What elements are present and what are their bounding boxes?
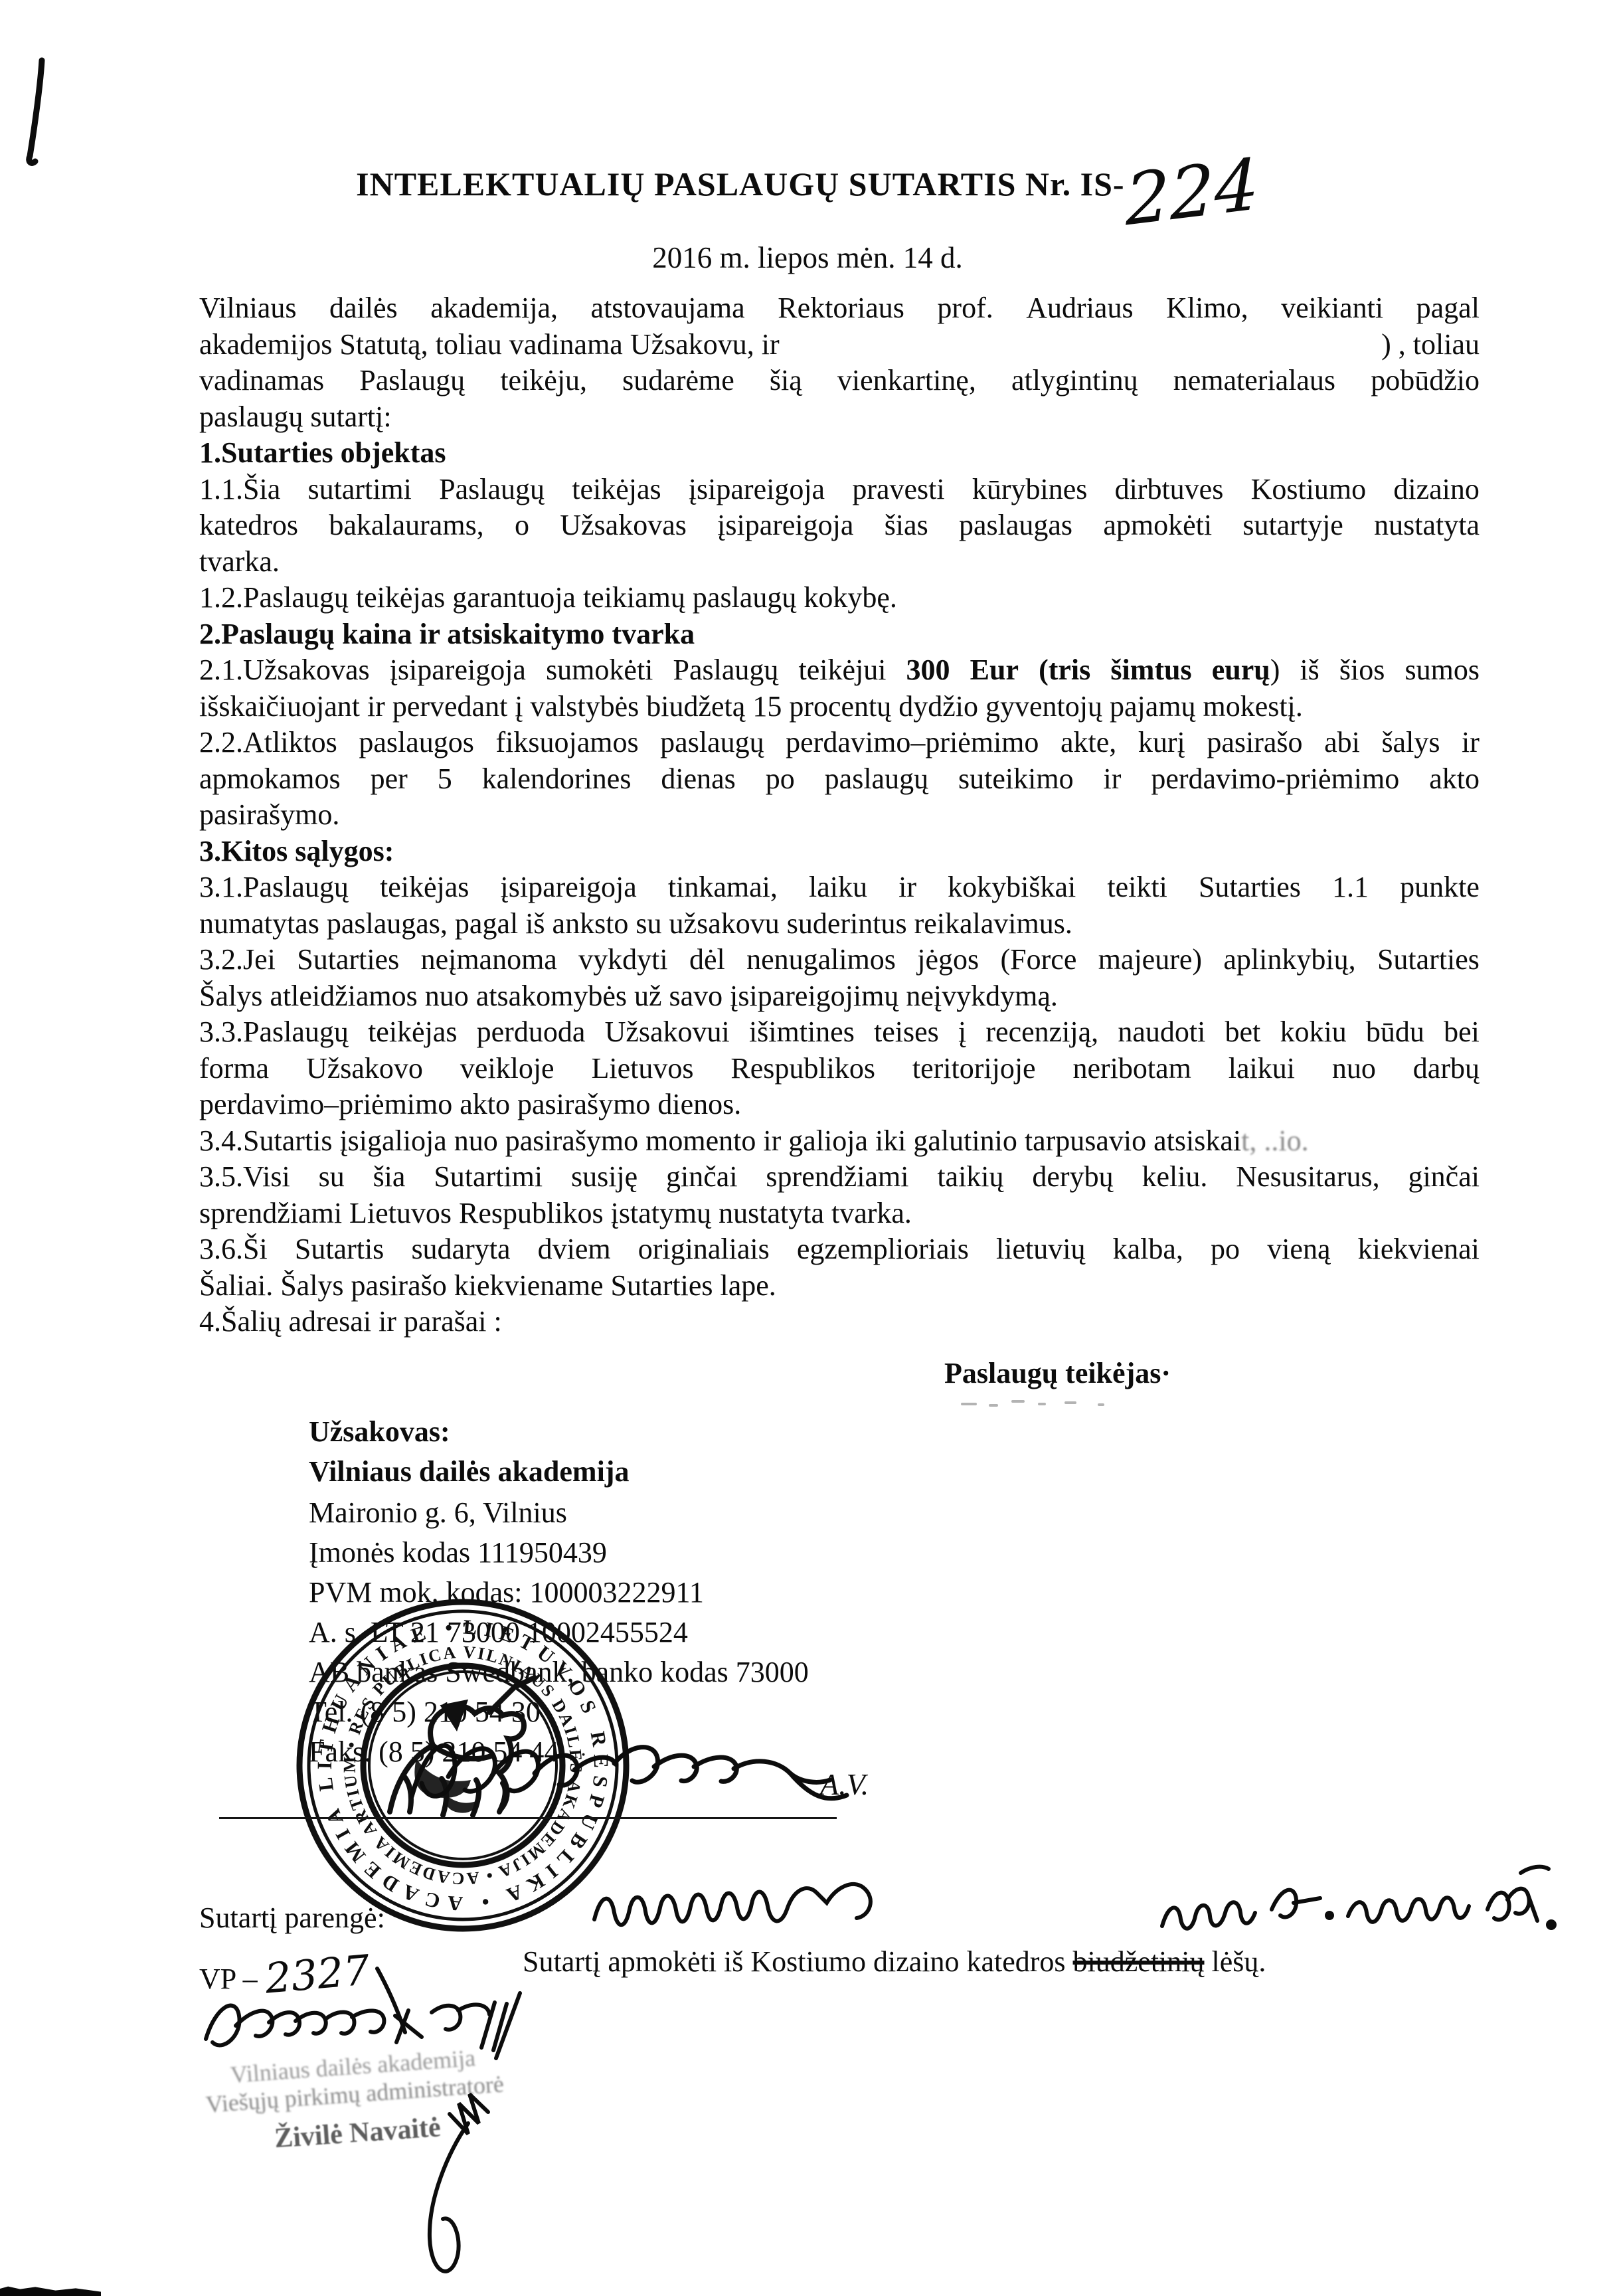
text-token: iš (1300, 652, 1319, 689)
text-token: egzemplioriais (797, 1231, 969, 1268)
secondary-signature-squiggle (584, 1846, 916, 1933)
text-token: kūrybines (972, 472, 1088, 508)
text-run: kurį (1138, 726, 1185, 758)
text-line: apmokamosper5kalendorinesdienaspopaslaug… (199, 761, 1480, 798)
text-run: ) (1270, 654, 1280, 686)
text-token: po (1211, 1231, 1240, 1268)
text-run: šios (1339, 654, 1385, 686)
text-token: nematerialaus (1173, 363, 1335, 399)
text-run: teikti (1107, 871, 1167, 903)
text-run: bakalaurams, (329, 509, 483, 541)
text-run: kūrybines (972, 473, 1088, 505)
text-run: egzemplioriais (797, 1233, 969, 1265)
text-run: aplinkybių, (1223, 943, 1355, 976)
text-token: fiksuojamos (495, 725, 638, 761)
text-token: dienas (661, 761, 735, 798)
text-token: pasirašo (1207, 725, 1302, 761)
text-line: katedrosbakalaurams,oUžsakovasįsipareigo… (199, 507, 1480, 544)
text-line: Šaliai. Šalys pasirašo kiekviename Sutar… (199, 1268, 1480, 1304)
text-token: 2.1.Užsakovas (199, 652, 370, 689)
text-run: šią (770, 364, 802, 397)
text-run: kalendorines (482, 762, 632, 795)
text-run: kiekvienai (1358, 1233, 1480, 1265)
text-token: Paslaugų (439, 472, 545, 508)
text-token: sprendžiami (766, 1159, 908, 1195)
client-label: Užsakovas: (309, 1415, 450, 1449)
text-run: teritorijoje (912, 1052, 1036, 1085)
text-run: akademijos Statutą, toliau vadinama Užsa… (199, 327, 780, 363)
text-run: abi (1324, 726, 1360, 758)
text-run: vieną (1267, 1233, 1330, 1265)
text-run: taikių (937, 1160, 1003, 1193)
text-line: akademijos Statutą, toliau vadinama Užsa… (199, 327, 1480, 363)
text-run: ginčai (1408, 1160, 1480, 1193)
text-token: bei (1444, 1014, 1480, 1051)
text-token: Paslaugų (359, 363, 465, 399)
text-line: 2.1.UžsakovasįsipareigojasumokėtiPaslaug… (199, 652, 1480, 689)
text-token: 3.3.Paslaugų (199, 1014, 349, 1051)
text-run: paslaugas (959, 509, 1072, 541)
text-run: kalba, (1113, 1233, 1183, 1265)
text-token: įsipareigoja (717, 507, 853, 544)
rector-signature (392, 1697, 857, 1830)
scanned-contract-page: INTELEKTUALIŲ PASLAUGŲ SUTARTIS Nr. IS-2… (0, 0, 1615, 2296)
text-token: šias (885, 507, 928, 544)
text-run: Eur (970, 654, 1019, 686)
text-token: susiję (571, 1159, 637, 1195)
text-token: dėl (689, 942, 725, 978)
text-token: 3.2.Jei (199, 942, 276, 978)
text-run: laiku (809, 871, 867, 903)
text-run: teikėju, (500, 364, 587, 397)
text-run: teikėjas (380, 871, 469, 903)
text-token: apmokamos (199, 761, 341, 798)
text-token: įsipareigoja (501, 869, 637, 906)
text-token: vienkartinę, (837, 363, 976, 399)
text-token: teikėjas (368, 1014, 457, 1051)
text-run: apmokėti (1103, 509, 1212, 541)
text-run: pasirašo (1207, 726, 1302, 758)
text-run: ir (1104, 762, 1122, 795)
client-detail-line: Maironio g. 6, Vilnius (309, 1493, 809, 1533)
redacted-gap (780, 327, 1381, 363)
text-token: įsipareigoja (390, 652, 526, 689)
text-token: Rektoriaus (778, 290, 904, 327)
text-token: ir (1104, 761, 1122, 798)
text-run: nenugalimos (746, 943, 896, 976)
text-token: ginčai (1408, 1159, 1480, 1195)
text-token: nenugalimos (746, 942, 896, 978)
text-token: jėgos (917, 942, 979, 978)
text-run: akto (1429, 762, 1480, 795)
text-token: laiku (809, 869, 867, 906)
text-token: teikėju, (500, 363, 587, 399)
text-run: perdavimo–priėmimo (786, 726, 1039, 758)
text-token: lietuvių (996, 1231, 1085, 1268)
text-token: majeure) (1098, 942, 1202, 978)
text-run: 2.2.Atliktos (199, 726, 337, 758)
text-run: nuo (1332, 1052, 1376, 1085)
client-name: Vilniaus dailės akademija (309, 1455, 629, 1488)
text-run: pobūdžio (1371, 364, 1480, 397)
text-line: 1.1.ŠiasutartimiPaslaugųteikėjasįsiparei… (199, 472, 1480, 508)
text-token: Užsakovui (605, 1014, 730, 1051)
text-token: abi (1324, 725, 1360, 761)
text-line: paslaugų sutartį: (199, 399, 1480, 436)
text-run: 3.2.Jei (199, 943, 276, 976)
text-run: būdu (1366, 1016, 1424, 1048)
text-run: prof. (937, 292, 993, 324)
text-token: būdu (1366, 1014, 1424, 1051)
text-token: dizaino (1393, 472, 1480, 508)
text-run: dailės (329, 292, 398, 324)
text-token: suteikimo (958, 761, 1074, 798)
text-run: bei (1444, 1016, 1480, 1048)
text-run: pagal (1416, 292, 1480, 324)
text-token: 2.2.Atliktos (199, 725, 337, 761)
text-run: dienas (661, 762, 735, 795)
text-run: 3.Kitos sąlygos: (199, 835, 394, 867)
text-run: Paslaugų (359, 364, 465, 397)
text-run: šias (885, 509, 928, 541)
text-run: pravesti (852, 473, 944, 505)
text-run: t, ..io. (1241, 1124, 1308, 1157)
text-run: forma (199, 1052, 269, 1085)
text-run: veikianti (1281, 292, 1383, 324)
text-run: laikui (1229, 1052, 1295, 1085)
section-heading: 1.Sutarties objektas (199, 435, 1480, 472)
text-token: 300 (906, 652, 950, 689)
text-run: ir (1462, 726, 1480, 758)
text-run: per (371, 762, 408, 795)
text-run: dirbtuves (1115, 473, 1224, 505)
seal-place-mark: A.V. (820, 1767, 869, 1802)
text-run: 1.1 (1332, 871, 1369, 903)
text-run: 5 (438, 762, 452, 795)
text-token: bet (1225, 1014, 1261, 1051)
text-token: šalys (1381, 725, 1440, 761)
text-run: ) , toliau (1381, 327, 1480, 363)
text-token: sudaryta (411, 1231, 510, 1268)
text-line: 3.2.JeiSutartiesneįmanomavykdytidėlnenug… (199, 942, 1480, 978)
text-line: 3.5.VisisušiaSutartimisusijęginčaisprend… (199, 1159, 1480, 1195)
text-run: išskaičiuojant ir pervedant į valstybės … (199, 690, 1303, 723)
text-line: Šalys atleidžiamos nuo atsakomybės už sa… (199, 978, 1480, 1015)
text-line: tvarka. (199, 544, 1480, 580)
text-token: perduoda (477, 1014, 586, 1051)
text-line: išskaičiuojant ir pervedant į valstybės … (199, 689, 1480, 725)
text-token: 3.6.Ši (199, 1231, 268, 1268)
text-run: bet (1225, 1016, 1261, 1048)
text-token: šios (1339, 652, 1385, 689)
text-run: šia (373, 1160, 406, 1193)
text-token: ir (898, 869, 916, 906)
text-token: teritorijoje (912, 1051, 1036, 1087)
text-run: įsipareigoja (689, 473, 825, 505)
text-run: įsipareigoja (501, 871, 637, 903)
text-token: kokiu (1280, 1014, 1346, 1051)
text-run: dizaino (1393, 473, 1480, 505)
text-token: Klimo, (1166, 290, 1248, 327)
text-run: (tris (1039, 654, 1090, 686)
text-token: teises (874, 1014, 939, 1051)
text-token: šia (373, 1159, 406, 1195)
text-token: darbų (1413, 1051, 1480, 1087)
handwritten-funding-note (1149, 1846, 1561, 1959)
text-run: darbų (1413, 1052, 1480, 1085)
text-token: Lietuvos (591, 1051, 693, 1087)
text-token: aplinkybių, (1223, 942, 1355, 978)
text-token: ir (1462, 725, 1480, 761)
text-run: iš (1300, 654, 1319, 686)
text-token: neįmanoma (421, 942, 557, 978)
text-token: Audriaus (1026, 290, 1133, 327)
text-run: įsipareigoja (390, 654, 526, 686)
text-run: derybų (1032, 1160, 1113, 1193)
text-run: teises (874, 1016, 939, 1048)
text-line: 3.4.Sutartis įsigalioja nuo pasirašymo m… (199, 1123, 1480, 1160)
text-token: vadinamas (199, 363, 324, 399)
text-run: šimtus (1110, 654, 1191, 686)
text-token: į (958, 1014, 966, 1051)
text-token: akademija, (430, 290, 558, 327)
text-run: akademija, (430, 292, 558, 324)
text-token: Vilniaus (199, 290, 296, 327)
text-run: o (515, 509, 529, 541)
text-run: perdavimo-priėmimo (1151, 762, 1399, 795)
text-token: 1.1.Šia (199, 472, 280, 508)
text-token: recenziją, (985, 1014, 1098, 1051)
text-token: paslaugas (959, 507, 1072, 544)
text-run: atlygintinų (1011, 364, 1138, 397)
text-run: 1.2.Paslaugų teikėjas garantuoja teikiam… (199, 581, 897, 614)
text-token: Užsakovas (560, 507, 687, 544)
text-run: 3.5.Visi (199, 1160, 290, 1193)
signature-line (219, 1817, 837, 1819)
text-run: Sutartimi (434, 1160, 543, 1193)
text-token: Sutartimi (434, 1159, 543, 1195)
text-token: katedros (199, 507, 298, 544)
text-line: 3.1.Paslaugųteikėjasįsipareigojatinkamai… (199, 869, 1480, 906)
text-token: punkte (1400, 869, 1480, 906)
text-line: perdavimo–priėmimo akto pasirašymo dieno… (199, 1087, 1480, 1123)
text-line: numatytas paslaugas, pagal iš anksto su … (199, 906, 1480, 942)
text-token: kalba, (1113, 1231, 1183, 1268)
text-run: paslaugų (825, 762, 928, 795)
text-token: vykdyti (578, 942, 667, 978)
text-run: vykdyti (578, 943, 667, 976)
text-token: kiekvienai (1358, 1231, 1480, 1268)
text-run: punkte (1400, 871, 1480, 903)
text-line: formaUžsakovoveiklojeLietuvosRespublikos… (199, 1051, 1480, 1087)
text-run: kokybiškai (948, 871, 1076, 903)
text-run: Klimo, (1166, 292, 1248, 324)
text-token: naudoti (1118, 1014, 1205, 1051)
text-run: akte, (1061, 726, 1116, 758)
text-run: išimtines (749, 1016, 855, 1048)
text-run: į (958, 1016, 966, 1048)
text-token: kurį (1138, 725, 1185, 761)
text-token: per (371, 761, 408, 798)
text-run: sutartimi (307, 473, 411, 505)
text-token: neribotam (1072, 1051, 1191, 1087)
text-token: teikėjui (798, 652, 886, 689)
text-token: teikti (1107, 869, 1167, 906)
text-token: derybų (1032, 1159, 1113, 1195)
text-run: perduoda (477, 1016, 586, 1048)
text-token: Sutarties (1199, 869, 1301, 906)
erased-text-marks (960, 1395, 1159, 1412)
text-token: Paslaugų (673, 652, 778, 689)
text-run: originaliais (638, 1233, 770, 1265)
text-token: kokybiškai (948, 869, 1076, 906)
text-token: ginčai (666, 1159, 738, 1195)
text-token: (Force (1001, 942, 1077, 978)
text-run: Sutarties (1199, 871, 1301, 903)
text-run: 3.6.Ši (199, 1233, 268, 1265)
text-run: Audriaus (1026, 292, 1133, 324)
text-run: Paslaugų (439, 473, 545, 505)
text-run: teikėjui (798, 654, 886, 686)
text-token: kalendorines (482, 761, 632, 798)
text-token: teikėjas (380, 869, 469, 906)
text-run: keliu. (1142, 1160, 1207, 1193)
text-run: ir (898, 871, 916, 903)
text-token: Sutarties (1377, 942, 1480, 978)
text-run: sprendžiami (766, 1160, 908, 1193)
text-token: o (515, 507, 529, 544)
text-run: teikėjas (572, 473, 661, 505)
section-heading: 3.Kitos sąlygos: (199, 834, 1480, 870)
text-run: paslaugos (359, 726, 474, 758)
text-line: 2.2.Atliktospaslaugosfiksuojamospaslaugų… (199, 725, 1480, 761)
text-token: nuo (1332, 1051, 1376, 1087)
text-run: Paslaugų (673, 654, 778, 686)
text-run: jėgos (917, 943, 979, 976)
text-token: dirbtuves (1115, 472, 1224, 508)
text-run: Kostiumo (1251, 473, 1367, 505)
text-run: Užsakovo (306, 1052, 423, 1085)
text-line: pasirašymo. (199, 797, 1480, 834)
text-token: pobūdžio (1371, 363, 1480, 399)
text-run: įsipareigoja (717, 509, 853, 541)
client-detail-line: Įmonės kodas 111950439 (309, 1533, 809, 1573)
text-token: sumokėti (546, 652, 653, 689)
text-token: originaliais (638, 1231, 770, 1268)
text-token: eurų) (1212, 652, 1280, 689)
text-run: vadinamas (199, 364, 324, 397)
text-run: teikėjas (368, 1016, 457, 1048)
text-token: taikių (937, 1159, 1003, 1195)
provider-label: Paslaugų teikėjas· (944, 1356, 1171, 1390)
text-run: paslaugų (660, 726, 764, 758)
text-token: šimtus (1110, 652, 1191, 689)
text-run: 3.4.Sutartis įsigalioja nuo pasirašymo m… (199, 1124, 1241, 1157)
text-token: išimtines (749, 1014, 855, 1051)
text-run: Lietuvos (591, 1052, 693, 1085)
text-token: perdavimo-priėmimo (1151, 761, 1399, 798)
text-run: 1.1.Šia (199, 473, 280, 505)
text-token: paslaugų (825, 761, 928, 798)
text-token: vieną (1267, 1231, 1330, 1268)
text-token: sutartyje (1242, 507, 1343, 544)
text-token: bakalaurams, (329, 507, 483, 544)
text-token: veikianti (1281, 290, 1383, 327)
text-run: recenziją, (985, 1016, 1098, 1048)
handwritten-contract-number: 224 (1125, 156, 1259, 229)
text-token: Užsakovo (306, 1051, 423, 1087)
text-run: neįmanoma (421, 943, 557, 976)
text-run: dėl (689, 943, 725, 976)
text-run: fiksuojamos (495, 726, 638, 758)
text-token: Kostiumo (1251, 472, 1367, 508)
text-token: tinkamai, (668, 869, 778, 906)
text-token: apmokėti (1103, 507, 1212, 544)
admin-signature-loop (388, 2082, 521, 2288)
text-line: sprendžiami Lietuvos Respublikos įstatym… (199, 1195, 1480, 1232)
text-run: po (1211, 1233, 1240, 1265)
text-run: veikloje (460, 1052, 554, 1085)
text-token: veikloje (460, 1051, 554, 1087)
text-line: 1.2.Paslaugų teikėjas garantuoja teikiam… (199, 580, 1480, 616)
text-token: atstovaujama (591, 290, 745, 327)
text-token: teikėjas (572, 472, 661, 508)
text-token: dailės (329, 290, 398, 327)
text-token: prof. (937, 290, 993, 327)
text-run: Sutartis (295, 1233, 384, 1265)
text-run: neribotam (1072, 1052, 1191, 1085)
text-run: Sutarties (1377, 943, 1480, 976)
text-run: vienkartinę, (837, 364, 976, 397)
text-run: nustatyta (1374, 509, 1480, 541)
text-run: (Force (1001, 943, 1077, 976)
text-run: majeure) (1098, 943, 1202, 976)
text-run: ginčai (666, 1160, 738, 1193)
text-token: nustatyta (1374, 507, 1480, 544)
text-token: perdavimo–priėmimo (786, 725, 1039, 761)
text-run: atstovaujama (591, 292, 745, 324)
text-run: 1.Sutarties objektas (199, 436, 446, 469)
text-token: Sutarties (297, 942, 399, 978)
text-run: sumokėti (546, 654, 653, 686)
text-run: Vilniaus (199, 292, 296, 324)
text-run: sumos (1404, 654, 1479, 686)
text-run: susiję (571, 1160, 637, 1193)
text-run: dviem (538, 1233, 611, 1265)
text-token: šią (770, 363, 802, 399)
text-run: paslaugų sutartį: (199, 400, 392, 433)
text-line: 3.3.PaslaugųteikėjasperduodaUžsakovuiiši… (199, 1014, 1480, 1051)
text-run: 3.3.Paslaugų (199, 1016, 349, 1048)
contract-paragraphs: Vilniausdailėsakademija,atstovaujamaRekt… (199, 290, 1480, 1340)
text-run: Sutarties (297, 943, 399, 976)
text-token: Sutartis (295, 1231, 384, 1268)
text-run: pasirašymo. (199, 798, 339, 831)
text-token: paslaugos (359, 725, 474, 761)
text-run: Užsakovas (560, 509, 687, 541)
text-run: sudaryta (411, 1233, 510, 1265)
text-token: įsipareigoja (689, 472, 825, 508)
text-line: 3.6.ŠiSutartissudarytadviemoriginaliaise… (199, 1231, 1480, 1268)
text-run: 3.1.Paslaugų (199, 871, 349, 903)
text-run: Nesusitarus, (1236, 1160, 1379, 1193)
text-run: suteikimo (958, 762, 1074, 795)
text-run: su (319, 1160, 345, 1193)
text-token: 1.1 (1332, 869, 1369, 906)
text-run: Šaliai. Šalys pasirašo kiekviename Sutar… (199, 1269, 776, 1302)
text-run: po (766, 762, 795, 795)
text-run: 300 (906, 654, 950, 686)
